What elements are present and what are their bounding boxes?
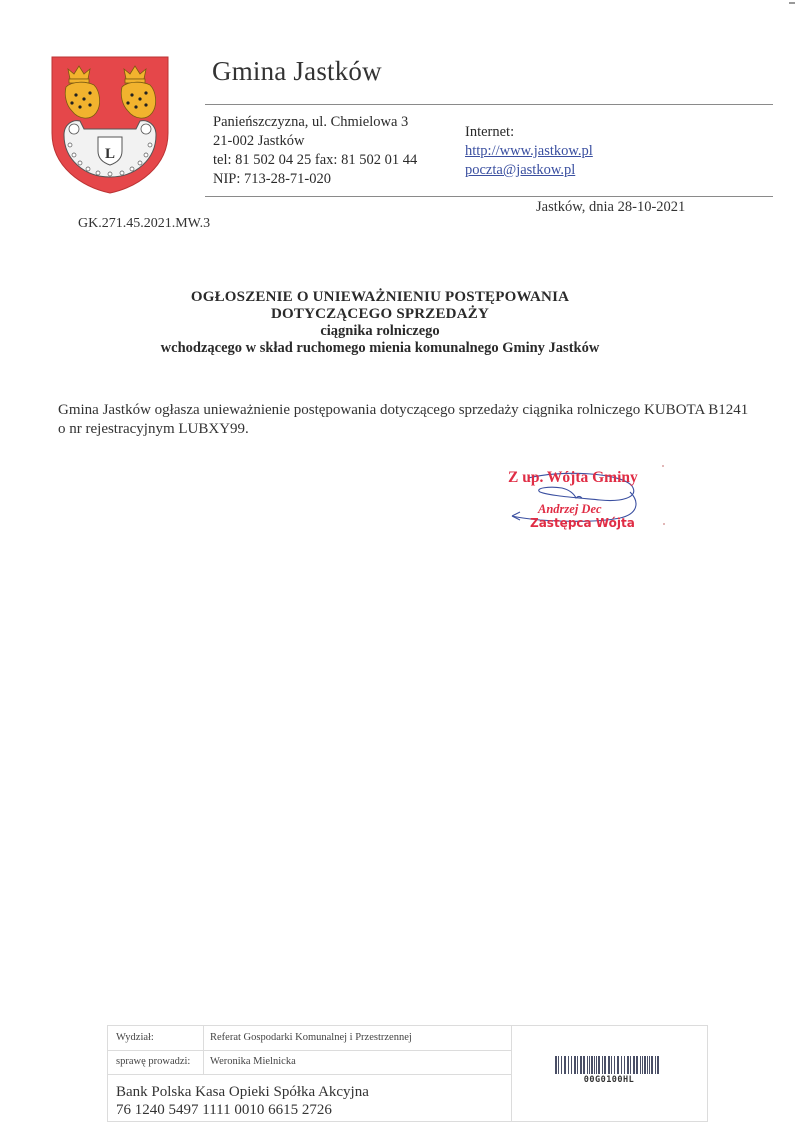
address-block: Panieńszczyzna, ul. Chmielowa 3 21-002 J… xyxy=(213,113,417,189)
stamp-signatory-role: Zastępca Wójta xyxy=(530,516,635,530)
handler-label: sprawę prowadzi: xyxy=(116,1056,190,1067)
footer-info-table: Wydział: Referat Gospodarki Komunalnej i… xyxy=(107,1025,708,1122)
handler-value: Weronika Mielnicka xyxy=(210,1056,296,1067)
barcode-icon xyxy=(555,1056,663,1074)
bank-details: Bank Polska Kasa Opieki Spółka Akcyjna 7… xyxy=(116,1083,369,1119)
internet-block: Internet: http://www.jastkow.pl poczta@j… xyxy=(465,123,593,180)
signature-stamp: Z up. Wójta Gminy Andrzej Dec Zastępca W… xyxy=(490,466,670,541)
scan-speck xyxy=(662,465,664,467)
column-divider xyxy=(203,1050,204,1074)
department-value: Referat Gospodarki Komunalnej i Przestrz… xyxy=(210,1032,412,1043)
stamp-signatory-name: Andrzej Dec xyxy=(538,502,602,517)
address-nip: NIP: 713-28-71-020 xyxy=(213,170,417,189)
address-phone: tel: 81 502 04 25 fax: 81 502 01 44 xyxy=(213,151,417,170)
announcement-body: Gmina Jastków ogłasza unieważnienie post… xyxy=(58,401,758,439)
title-line-1: OGŁOSZENIE O UNIEWAŻNIENIU POSTĘPOWANIA xyxy=(0,289,760,306)
reference-number: GK.271.45.2021.MW.3 xyxy=(78,216,210,232)
email-link[interactable]: poczta@jastkow.pl xyxy=(465,161,593,180)
bank-account: 76 1240 5497 1111 0010 6615 2726 xyxy=(116,1101,369,1119)
department-label: Wydział: xyxy=(116,1032,154,1043)
website-link[interactable]: http://www.jastkow.pl xyxy=(465,142,593,161)
address-street: Panieńszczyzna, ul. Chmielowa 3 xyxy=(213,113,417,132)
scan-corner-mark xyxy=(789,2,795,4)
internet-label: Internet: xyxy=(465,123,593,142)
scan-speck xyxy=(663,523,665,525)
footer-row-department: Wydział: Referat Gospodarki Komunalnej i… xyxy=(108,1026,511,1051)
announcement-title: OGŁOSZENIE O UNIEWAŻNIENIU POSTĘPOWANIA … xyxy=(0,289,760,357)
footer-row-handler: sprawę prowadzi: Weronika Mielnicka xyxy=(108,1050,511,1075)
address-postal: 21-002 Jastków xyxy=(213,132,417,151)
title-line-2: DOTYCZĄCEGO SPRZEDAŻY xyxy=(0,306,760,323)
header-divider-top xyxy=(205,104,773,105)
svg-text:L: L xyxy=(105,146,115,162)
barcode-text: 00G0100HL xyxy=(555,1075,663,1085)
organization-name: Gmina Jastków xyxy=(212,56,382,87)
title-line-4: wchodzącego w skład ruchomego mienia kom… xyxy=(0,340,760,357)
barcode-cell-divider xyxy=(511,1026,512,1121)
document-date: Jastków, dnia 28-10-2021 xyxy=(536,199,685,216)
title-line-3: ciągnika rolniczego xyxy=(0,323,760,340)
bank-name: Bank Polska Kasa Opieki Spółka Akcyjna xyxy=(116,1083,369,1101)
header-divider-bottom xyxy=(205,196,773,197)
column-divider xyxy=(203,1026,204,1050)
coat-of-arms-icon: L xyxy=(50,55,170,195)
stamp-authorization: Z up. Wójta Gminy xyxy=(508,469,638,487)
